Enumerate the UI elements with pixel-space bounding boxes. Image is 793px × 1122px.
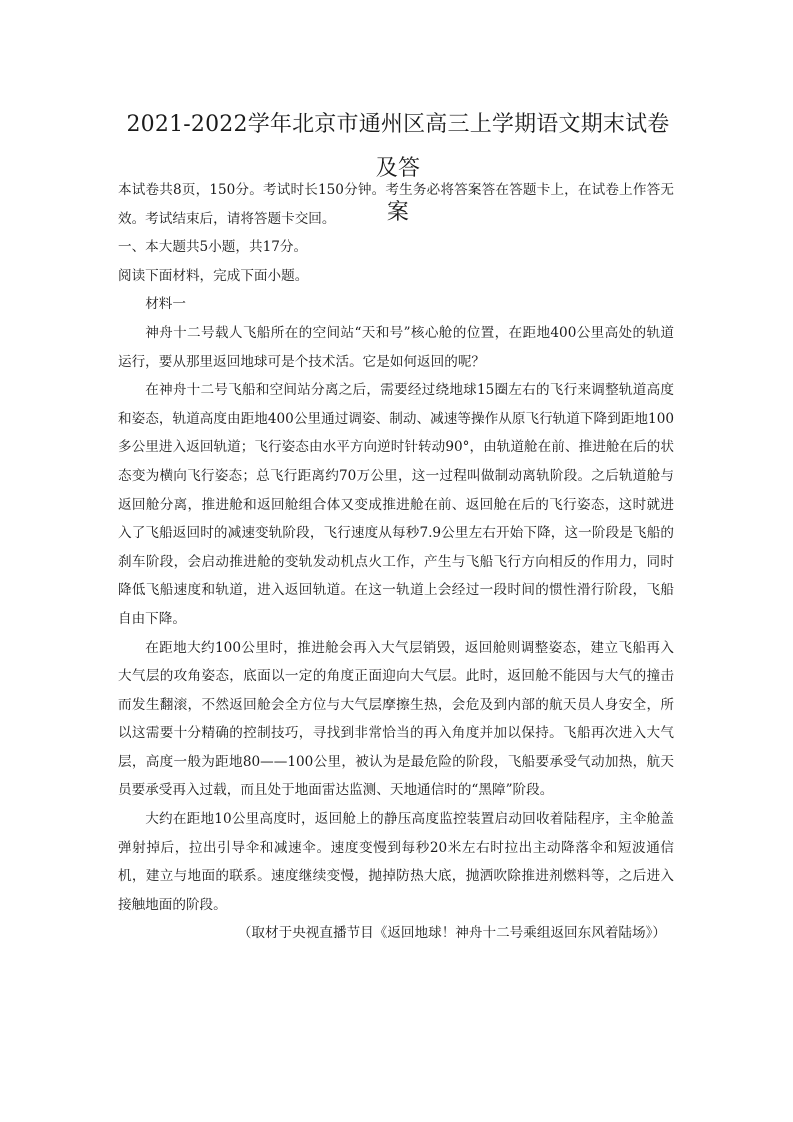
exam-page: 2021-2022学年北京市通州区高三上学期语文期末试卷及答 案 本试卷共8页，… [0,0,793,1122]
paragraph-1: 神舟十二号载人飞船所在的空间站“天和号”核心舱的位置，在距地400公里高处的轨道… [118,319,674,376]
paragraph-2: 在神舟十二号飞船和空间站分离之后，需要经过绕地球15圈左右的飞行来调整轨道高度和… [118,376,674,633]
paragraph-4: 大约在距地10公里高度时，返回舱上的静压高度监控装置启动回收着陆程序，主伞舱盖弹… [118,805,674,919]
paragraph-3: 在距地大约100公里时，推进舱会再入大气层销毁，返回舱则调整姿态，建立飞船再入大… [118,634,674,806]
source-note: （取材于央视直播节目《返回地球！神舟十二号乘组返回东风着陆场》） [118,919,674,948]
section-heading: 一、本大题共5小题，共17分。 [118,233,674,262]
document-body: 本试卷共8页，150分。考试时长150分钟。考生务必将答案答在答题卡上，在试卷上… [118,176,674,948]
reading-prompt: 阅读下面材料，完成下面小题。 [118,262,674,291]
material-label: 材料一 [118,290,674,319]
exam-instructions: 本试卷共8页，150分。考试时长150分钟。考生务必将答案答在答题卡上，在试卷上… [118,176,674,233]
